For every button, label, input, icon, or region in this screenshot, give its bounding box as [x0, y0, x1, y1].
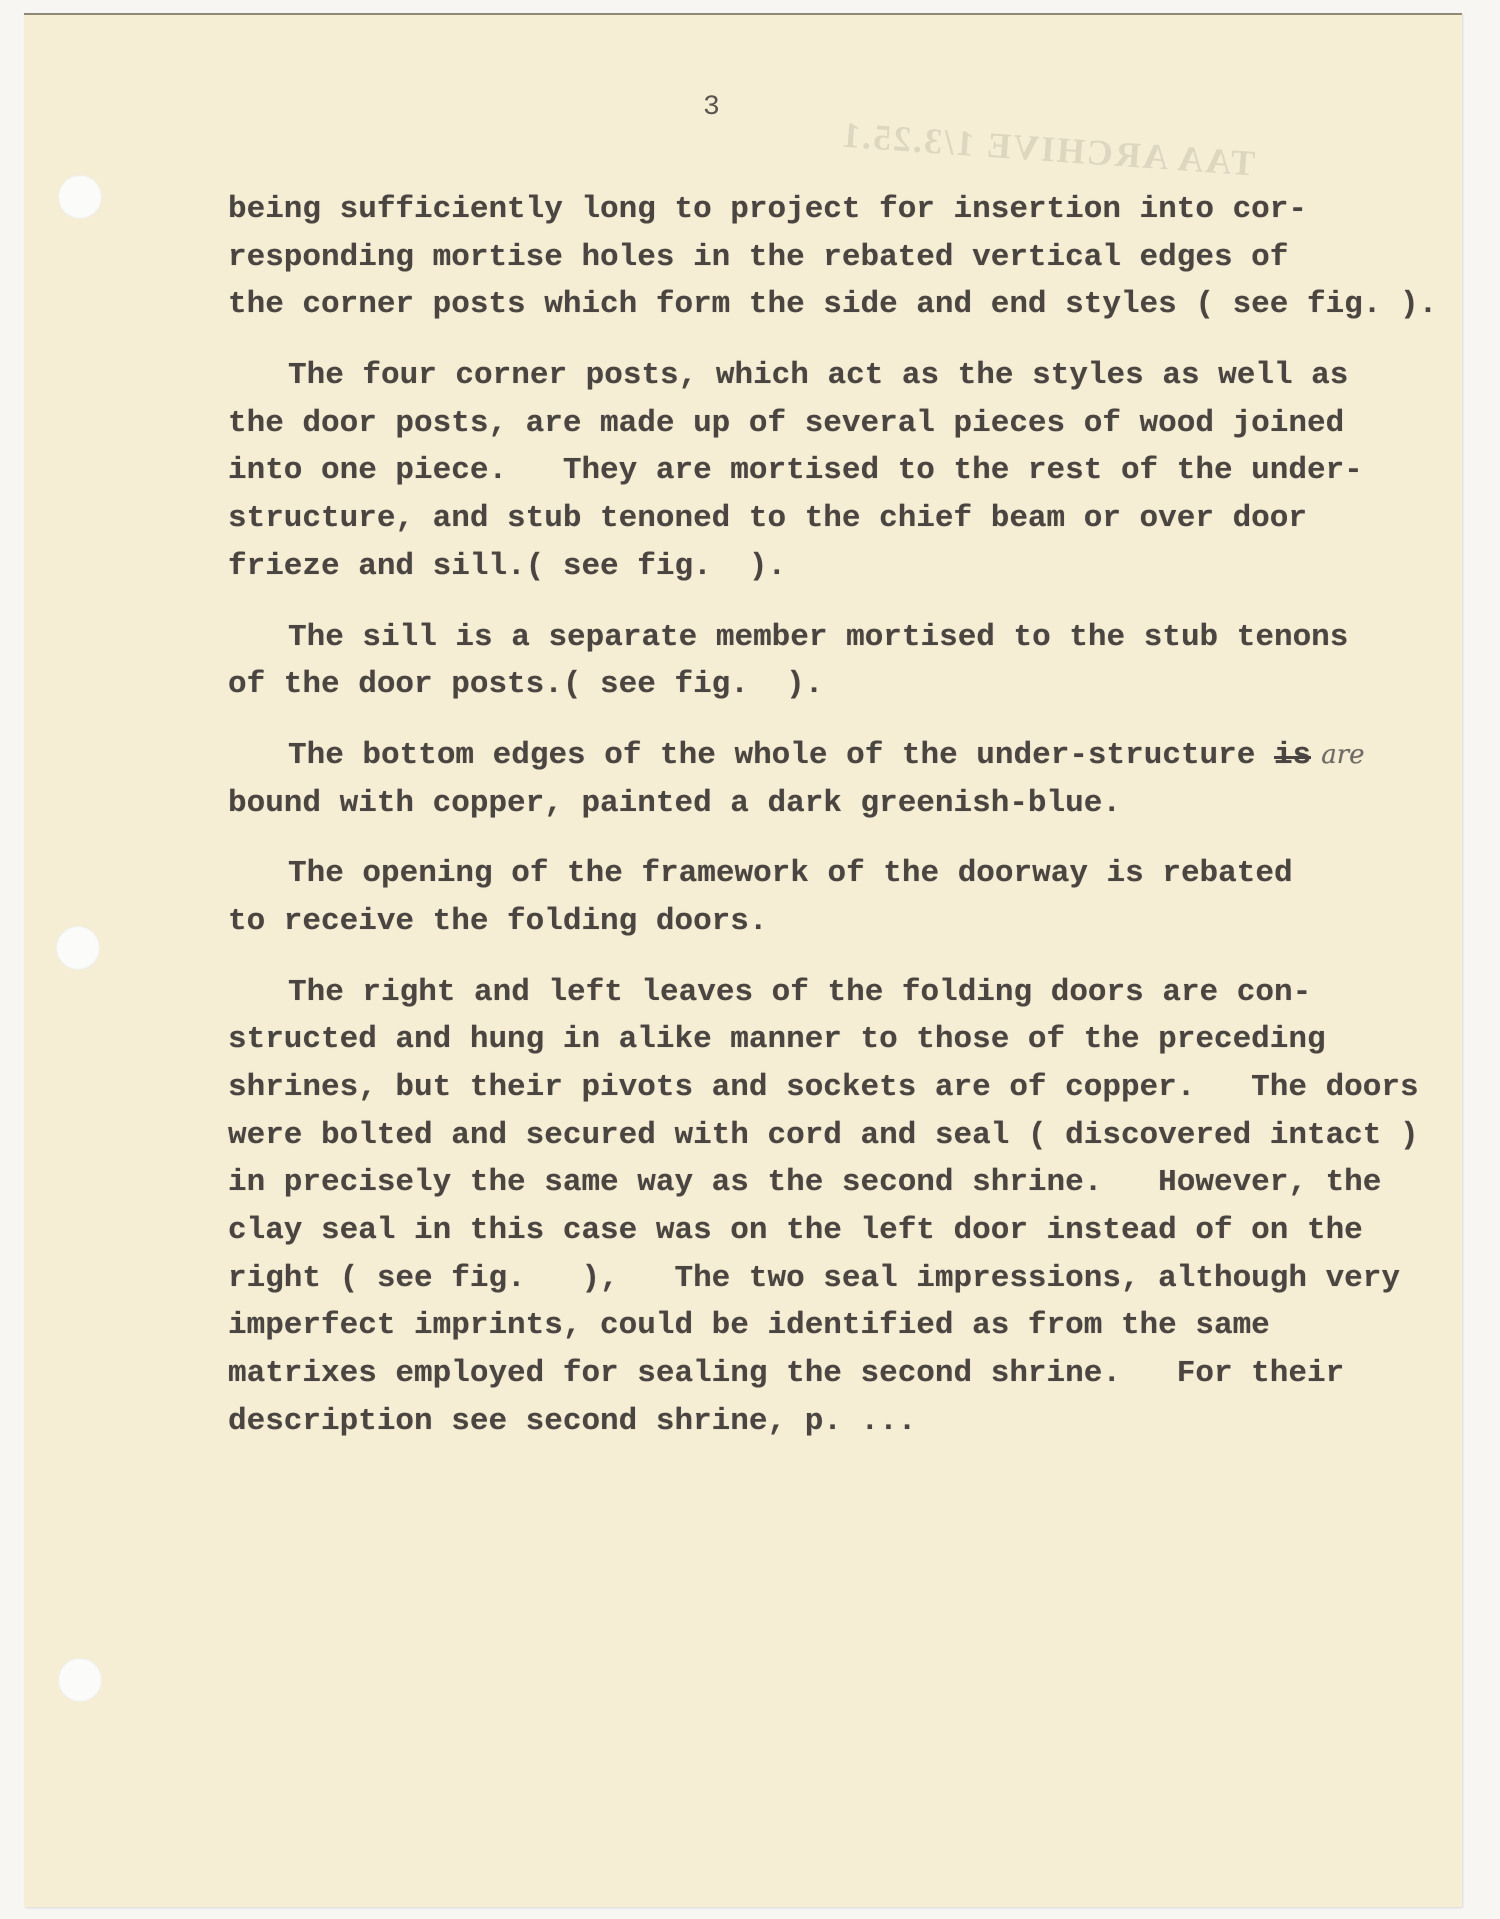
paragraph-5: The opening of the framework of the door… [228, 850, 1500, 945]
page-number: 3 [703, 92, 720, 123]
paragraph-4: The bottom edges of the whole of the und… [228, 732, 1500, 827]
text-line: in precisely the same way as the second … [228, 1159, 1500, 1207]
text-line: to receive the folding doors. [228, 898, 1500, 946]
text-line: were bolted and secured with cord and se… [228, 1112, 1500, 1160]
text-line: The four corner posts, which act as the … [228, 352, 1500, 400]
text-line: imperfect imprints, could be identified … [228, 1302, 1500, 1350]
text-line: bound with copper, painted a dark greeni… [228, 780, 1500, 828]
text-line: of the door posts.( see fig. ). [228, 661, 1500, 709]
text-line: being sufficiently long to project for i… [228, 186, 1500, 234]
text-line: The opening of the framework of the door… [228, 850, 1500, 898]
text-line: right ( see fig. ), The two seal impress… [228, 1255, 1500, 1303]
text-line: shrines, but their pivots and sockets ar… [228, 1064, 1500, 1112]
text-line: responding mortise holes in the rebated … [228, 234, 1500, 282]
punch-hole-bottom [58, 1658, 102, 1702]
paragraph-1: being sufficiently long to project for i… [228, 186, 1500, 329]
text-line: the door posts, are made up of several p… [228, 400, 1500, 448]
paragraph-6: The right and left leaves of the folding… [228, 969, 1500, 1446]
punch-hole-top [58, 175, 102, 219]
document-body: being sufficiently long to project for i… [228, 186, 1500, 1469]
text-line: The right and left leaves of the folding… [228, 969, 1500, 1017]
text-line: structure, and stub tenoned to the chief… [228, 495, 1500, 543]
text-line: into one piece. They are mortised to the… [228, 447, 1500, 495]
text-line-with-correction: The bottom edges of the whole of the und… [228, 732, 1500, 780]
text-line: description see second shrine, p. ... [228, 1398, 1500, 1446]
struck-through-word: is [1274, 738, 1311, 773]
paragraph-2: The four corner posts, which act as the … [228, 352, 1500, 590]
text-line: The sill is a separate member mortised t… [228, 614, 1500, 662]
paragraph-3: The sill is a separate member mortised t… [228, 614, 1500, 709]
text-segment: The bottom edges of the whole of the und… [288, 738, 1255, 773]
punch-hole-middle [56, 926, 100, 970]
text-line: the corner posts which form the side and… [228, 281, 1500, 329]
text-line: frieze and sill.( see fig. ). [228, 543, 1500, 591]
handwritten-correction: are [1321, 740, 1364, 770]
text-line: clay seal in this case was on the left d… [228, 1207, 1500, 1255]
text-line: matrixes employed for sealing the second… [228, 1350, 1500, 1398]
text-line: structed and hung in alike manner to tho… [228, 1016, 1500, 1064]
